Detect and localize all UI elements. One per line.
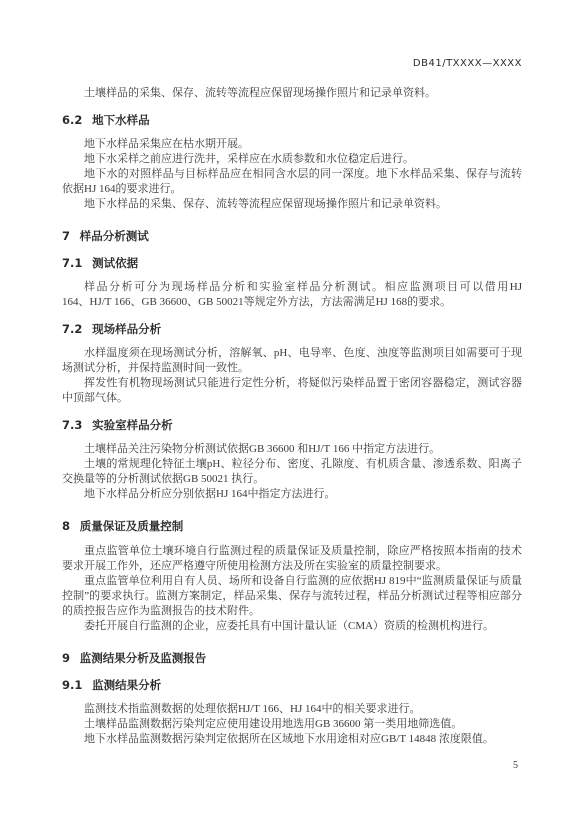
paragraph: 样品分析可分为现场样品分析和实验室样品分析测试。相应监测项目可以借用HJ 164… — [62, 280, 522, 310]
paragraph: 重点监管单位利用自有人员、场所和设备自行监测的应依据HJ 819中“监测质量保证… — [62, 574, 522, 619]
section-heading-7-2: 7.2现场样品分析 — [62, 322, 522, 337]
section-number: 8 — [62, 519, 70, 533]
section-title: 现场样品分析 — [92, 322, 161, 336]
paragraph: 土壤样品的采集、保存、流转等流程应保留现场操作照片和记录单资料。 — [62, 86, 522, 101]
section-title: 质量保证及质量控制 — [80, 519, 184, 533]
section-number: 7.2 — [62, 322, 82, 336]
section-heading-7: 7样品分析测试 — [62, 229, 522, 244]
section-heading-7-1: 7.1测试依据 — [62, 256, 522, 271]
section-number: 7 — [62, 229, 70, 243]
section-number: 6.2 — [62, 113, 82, 127]
document-code: DB41/TXXXX—XXXX — [62, 58, 522, 70]
section-title: 样品分析测试 — [80, 229, 149, 243]
section-number: 7.3 — [62, 418, 82, 432]
section-number: 9.1 — [62, 678, 82, 692]
document-page: DB41/TXXXX—XXXX 土壤样品的采集、保存、流转等流程应保留现场操作照… — [0, 0, 578, 818]
section-heading-6-2: 6.2地下水样品 — [62, 113, 522, 128]
paragraph: 土壤样品监测数据污染判定应使用建设用地选用GB 36600 第一类用地筛选值。 — [62, 717, 522, 732]
section-heading-9: 9监测结果分析及监测报告 — [62, 651, 522, 666]
paragraph: 挥发性有机物现场测试只能进行定性分析，将疑似污染样品置于密闭容器稳定，测试容器中… — [62, 376, 522, 406]
paragraph: 地下水样品监测数据污染判定依据所在区域地下水用途相对应GB/T 14848 浓度… — [62, 732, 522, 747]
section-title: 实验室样品分析 — [92, 418, 173, 432]
paragraph: 土壤的常规理化特征土壤pH、粒径分布、密度、孔隙度、有机质含量、渗透系数、阳离子… — [62, 457, 522, 487]
section-title: 地下水样品 — [92, 113, 150, 127]
paragraph: 地下水样品采集应在枯水期开展。 — [62, 137, 522, 152]
section-title: 监测结果分析 — [92, 678, 161, 692]
section-heading-9-1: 9.1监测结果分析 — [62, 678, 522, 693]
paragraph: 地下水样品分析应分别依据HJ 164中指定方法进行。 — [62, 487, 522, 502]
section-heading-7-3: 7.3实验室样品分析 — [62, 418, 522, 433]
paragraph: 地下水的对照样品与目标样品应在相同含水层的同一深度。地下水样品采集、保存与流转依… — [62, 167, 522, 197]
paragraph: 委托开展自行监测的企业，应委托具有中国计量认证（CMA）资质的检测机构进行。 — [62, 619, 522, 634]
paragraph: 地下水样品的采集、保存、流转等流程应保留现场操作照片和记录单资料。 — [62, 197, 522, 212]
paragraph: 重点监管单位土壤环境自行监测过程的质量保证及质量控制，除应严格按照本指南的技术要… — [62, 544, 522, 574]
page-number: 5 — [513, 760, 518, 772]
section-number: 7.1 — [62, 256, 82, 270]
section-number: 9 — [62, 651, 70, 665]
section-title: 监测结果分析及监测报告 — [80, 651, 207, 665]
paragraph: 监测技术指监测数据的处理依据HJ/T 166、HJ 164中的相关要求进行。 — [62, 702, 522, 717]
paragraph: 水样温度须在现场测试分析，溶解氧、pH、电导率、色度、浊度等监测项目如需要可于现… — [62, 346, 522, 376]
paragraph: 土壤样品关注污染物分析测试依据GB 36600 和HJ/T 166 中指定方法进… — [62, 442, 522, 457]
section-title: 测试依据 — [92, 256, 138, 270]
paragraph: 地下水采样之前应进行洗井，采样应在水质参数和水位稳定后进行。 — [62, 152, 522, 167]
section-heading-8: 8质量保证及质量控制 — [62, 519, 522, 534]
